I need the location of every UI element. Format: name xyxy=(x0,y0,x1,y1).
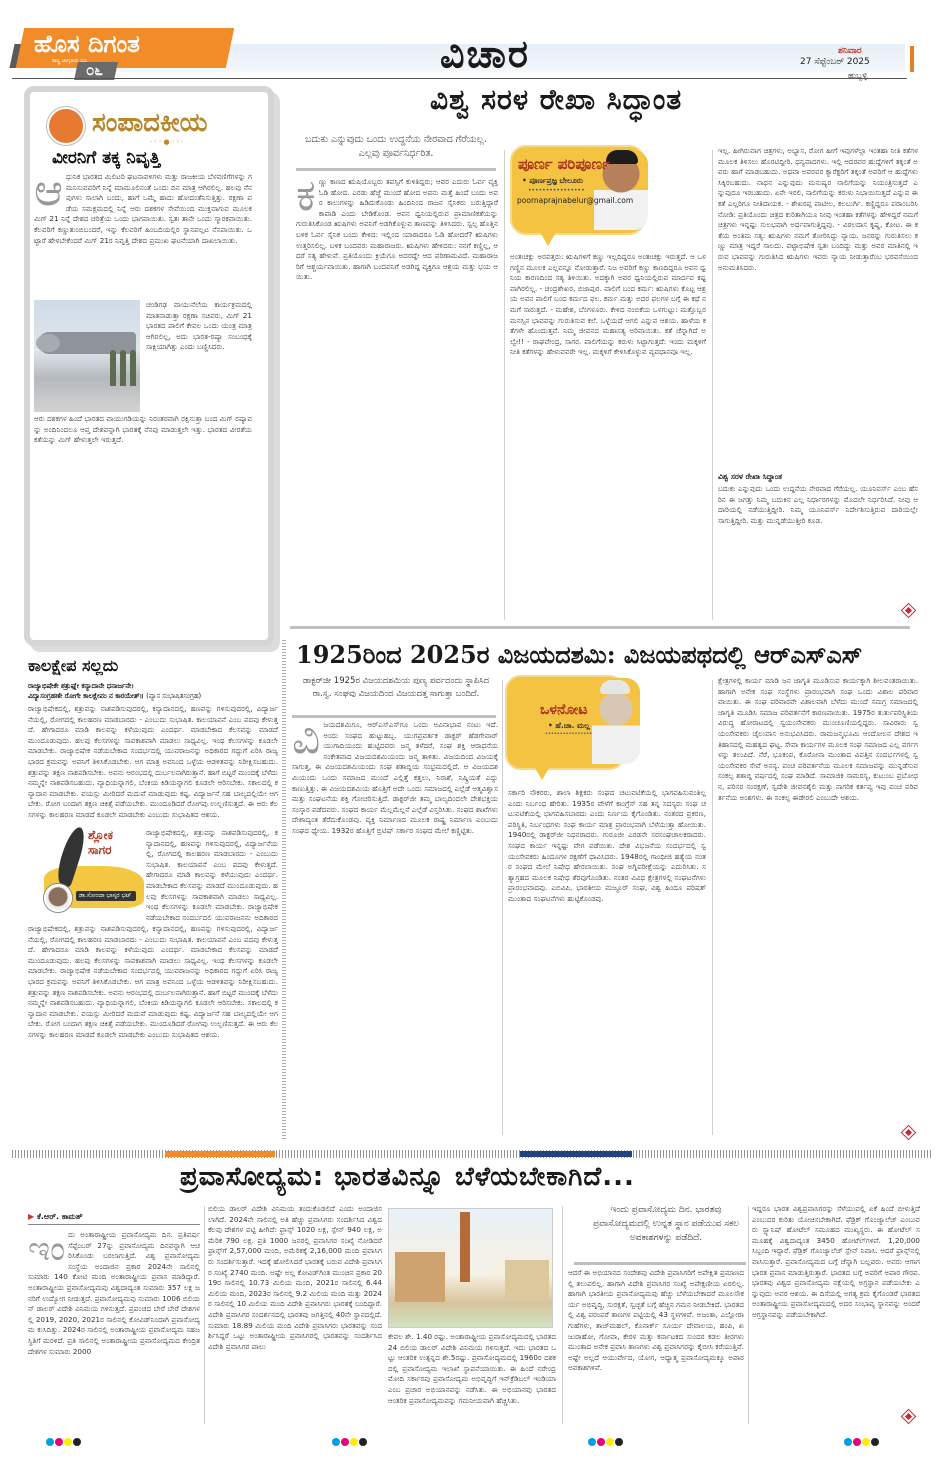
masthead-accent-bar xyxy=(910,46,914,72)
article-column-3-tail: ಬದುಕು ಎನ್ನುವುದು ಒಂದು ಉದ್ದನೆಯ ನೇರವಾದ ಗೆರೆ… xyxy=(718,484,918,614)
column-separator xyxy=(282,640,286,1140)
pilot-figure xyxy=(110,350,116,386)
dropcap: ಕ xyxy=(296,177,316,215)
article-column-3: ಕ್ಷೇತ್ರಗಳಲ್ಲಿ ಕಾರ್ಯ ಮಾಡಿ ಜನ ಜಾಗೃತಿ ಮೂಡಿಸ… xyxy=(718,676,918,1128)
column-name: ಪೂರ್ಣ ಪರಿಪೂರ್ಣ xyxy=(518,155,610,173)
columnist-hair xyxy=(600,680,630,694)
column-headline[interactable]: ಕಾಲಕ್ಷೇಪ ಸಲ್ಲದು xyxy=(28,656,118,676)
article-column-3: ಇಲ್ಲ. ಹೀಗಿರುವಾಗ ಚಿತ್ರಗಳು, ಅಭ್ಯಾಸ, ರೋಗ ಹೀ… xyxy=(718,146,918,470)
byline-arrow-icon: ▶ xyxy=(28,1212,34,1221)
article-column-2: ಸರ್ಕಾರಿ ನೌಕರರು, ಶಾಲಾ ಶಿಕ್ಷಕರು ಸಂಘದ ಚಟುವಟ… xyxy=(508,788,706,1132)
article-deck: ಇಂದು ಪ್ರವಾಸೋದ್ಯಮ ದಿನ. ಭಾರತವು ಪ್ರವಾಸೋದ್ಯಮ… xyxy=(582,1203,750,1245)
monument-minaret xyxy=(460,1212,470,1282)
column-rule xyxy=(204,1206,205,1424)
editorial-body-side: ಚಂಡಿಗಢ ವಾಯುನೆಲೆಯ ಕಾರ್ಯಕ್ರಮದಲ್ಲಿ ಮಾತನಾಡುತ… xyxy=(146,300,252,412)
article-column-2: ಬಿಲಿಯ ಡಾಲರ್ ವಿದೇಶಿ ವಿನಿಮಯ ತಂದುಕೊಡಲಿದೆ ಎಂ… xyxy=(208,1204,382,1420)
article-deck: ಬದುಕು ಎನ್ನುವುದು ಒಂದು ಉದ್ದನೆಯ ನೇರವಾದ ಗೆರೆ… xyxy=(296,133,496,161)
cmyk-registration-mark xyxy=(844,1438,879,1446)
columnist-email-link[interactable]: poornaprajnabelur@gmail.com xyxy=(517,196,633,205)
monument-dome xyxy=(450,1246,490,1276)
shloka-body-bottom: ರಾಜ್ಯಾಭಿಷೇಕದಲ್ಲಿ, ಶತ್ರುವನ್ನು ನಾಶಪಡಿಸುವುದ… xyxy=(28,924,278,1134)
article-column-4: ಇದ್ದರೂ ಭಾರತ ವಿಶ್ವಪ್ರವಾಸಿಗರನ್ನು ಸೆಳೆಯುವಲ್… xyxy=(752,1204,920,1420)
article-column-3: ಆದರೆ ಈ ಅಭಿಯಾನದ ಸಂದೇಶವು ವಿದೇಶಿ ಪ್ರವಾಸಿಗರಿ… xyxy=(568,1268,744,1420)
page-number: ೦೬ xyxy=(86,61,103,79)
dotted-divider: •••••••••••••••• xyxy=(545,731,592,737)
dropcap: ಇಂ xyxy=(28,1230,65,1268)
article-column-1: ಕ ಣ್ಣು ಕಾಣದ ಋಷಿಯೊಬ್ಬರು ತಪಸ್ಸಿಗೆ ಕುಳಿತಿದ್… xyxy=(296,177,498,615)
column-rule xyxy=(712,680,713,1135)
dropcap: ಆ xyxy=(34,172,63,210)
shloka-body-top: ರಾಜ್ಯಾಭಿಷೇಕದಲ್ಲಿ, ಶತ್ರುವನ್ನು ನಾಶಪಡಿಸುವುದ… xyxy=(28,704,278,822)
monument-charminar xyxy=(505,1260,549,1300)
author-name-tag: ಡಾ.ಸೋಂದಾ ಭಾಸ್ಕರ ಭಟ್ xyxy=(76,891,136,901)
speech-bubble-tail xyxy=(535,768,549,780)
cmyk-registration-mark xyxy=(46,1438,81,1446)
cmyk-registration-mark xyxy=(588,1438,623,1446)
columnist-hair xyxy=(606,150,638,164)
deck-rule xyxy=(296,168,496,171)
dropcap: ವಿ xyxy=(292,720,320,758)
article-column-2: ಅಂತಃಚಕ್ಷು ಅರವತ್ತರು: ಋಷಿಗಳಿಗೆ ಕಣ್ಣು ಇಲ್ಲದ… xyxy=(510,252,706,620)
column-rule xyxy=(712,150,713,620)
editorial-logo-icon xyxy=(47,107,85,145)
column-rule xyxy=(562,1206,563,1424)
article-deck: ಡಾಕ್ಟರ್‌ಜೀ 1925ರ ವಿಜಯದಶಮಿಯ ಪುಣ್ಯ ಪರ್ವದಂದ… xyxy=(296,675,496,701)
strip-blue-accent xyxy=(520,1151,632,1157)
editorial-label: ಸಂಪಾದಕೀಯ xyxy=(92,108,207,139)
pilot-figure xyxy=(130,350,136,386)
editorial-body-intro: ಆ ಧುನಿಕ ಭಾರತದ ಮಿಲಿಟರಿ ಘಟನಾವಳಿಗಳು ಮತ್ತು ರ… xyxy=(34,172,252,298)
editorial-body-end: ಆರು ದಶಕಗಳ ಹಿಂದೆ ಭಾರತದ ವಾಯುಗಡಿಯನ್ನು ನಿರಂತ… xyxy=(34,414,252,636)
cmyk-registration-mark xyxy=(332,1438,367,1446)
date: 27 ಸೆಪ್ಟೆಂಬರ್ 2025 xyxy=(800,57,870,67)
article-headline[interactable]: ವಿಶ್ವ ಸರಳ ರೇಖಾ ಸಿದ್ಧಾಂತ xyxy=(430,83,682,117)
columnist-name: • ಹೆ.ಚಾ. ಮಲ್ಲ xyxy=(548,721,590,731)
byline: ▶ ಕೆ.ಆರ್. ಕಾಮತ್ xyxy=(28,1212,83,1222)
ornament-divider: ·◦◦●◦◦· xyxy=(150,138,184,146)
end-mark-icon xyxy=(902,1126,915,1139)
byline-rule xyxy=(28,1224,200,1225)
deck-rule xyxy=(574,1262,746,1265)
pilot-figure xyxy=(120,350,126,386)
deck-rule xyxy=(292,715,496,718)
dotted-divider: •••••••••••••••• xyxy=(528,187,585,194)
strip-orange-accent xyxy=(165,1151,275,1157)
section-rule xyxy=(290,626,910,629)
article-subhead: ವಿಶ್ವ ಸರಳ ರೇಖಾ ಸಿದ್ಧಾಂತ xyxy=(718,472,782,482)
monument-gateway xyxy=(395,1252,445,1302)
shloka-body-side: ರಾಜ್ಯಾಭಿಷೇಕದಲ್ಲಿ, ಶತ್ರುವನ್ನು ನಾಶಪಡಿಸುವುದ… xyxy=(146,828,278,920)
section-title: ವಿಚಾರ xyxy=(440,32,530,77)
article-headline[interactable]: ಪ್ರವಾಸೋದ್ಯಮ: ಭಾರತವಿನ್ನೂ ಬೆಳೆಯಬೇಕಾಗಿದೆ... xyxy=(180,1162,635,1193)
columnist-name: • ಪೂರ್ಣಪ್ರಜ್ಞ ಬೇಲೂರು xyxy=(522,176,583,186)
newspaper-logo[interactable]: ಹೊಸ ದಿಗಂತ xyxy=(34,30,140,58)
article-column-1: ಇಂ ದು ಅಂತಾರಾಷ್ಟ್ರೀಯ ಪ್ರವಾಸೋದ್ಯಮ ದಿನ. ಪ್ರ… xyxy=(28,1230,200,1418)
section-divider-strip xyxy=(12,1150,932,1158)
masthead-rule xyxy=(12,78,907,79)
verse: ರಾಜ್ಯಾಭಿಷೇಕೇ ಶತ್ರುಘ್ನೇ ಕನ್ಯಾದಾನೇ ಧನಾರ್ಜನ… xyxy=(28,682,278,701)
article-column-1: ವಿ ಜಯದಶಮಿಗೂ, ಆರ್‌ಎಸ್‌ಎಸ್‌ಗೂ ಒಂದು ಅವಿನಾಭಾ… xyxy=(292,720,498,1132)
column-rule xyxy=(504,150,505,620)
author-avatar xyxy=(44,884,72,912)
column-rule xyxy=(748,1206,749,1424)
column-name: ಒಳನೋಟ xyxy=(540,702,587,718)
column-rule xyxy=(502,680,503,1135)
date-day: ಶನಿವಾರ xyxy=(838,46,862,56)
shloka-sagara-label: ಶ್ಲೋಕಸಾಗರ xyxy=(88,828,113,858)
article-column-2b: ಕೇವಲ ಶೇ. 1.40 ರಷ್ಟು. ಅಂತಾರಾಷ್ಟ್ರೀಯ ಪ್ರವಾ… xyxy=(388,1332,556,1420)
article-headline[interactable]: 1925ರಿಂದ 2025ರ ವಿಜಯದಶಮಿ: ವಿಜಯಪಥದಲ್ಲಿ ಆರ್… xyxy=(296,640,862,669)
jet-nose xyxy=(36,334,60,352)
editorial-headline[interactable]: ವೀರನಿಗೆ ತಕ್ಕ ನಿವೃತ್ತಿ xyxy=(52,148,160,168)
edition-city: ಹುಬ್ಬಳ್ಳಿ xyxy=(848,71,867,81)
speech-bubble-tail xyxy=(540,232,556,246)
